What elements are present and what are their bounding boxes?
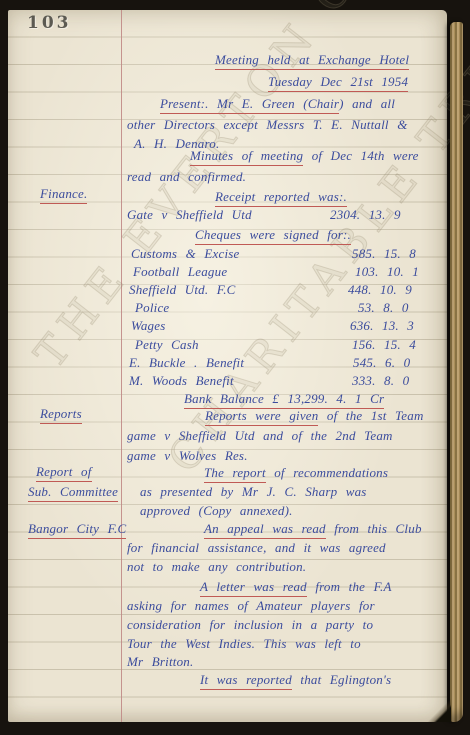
fa-letter-line-2-text: asking for names of Amateur players for	[127, 598, 375, 613]
cheque-row-police: Police53. 8. 0	[135, 300, 169, 316]
minutes-line-1-text: of Dec 14th were	[303, 148, 418, 163]
attendance-line-1-text: ) and all	[339, 96, 395, 111]
heading-date-text: Tuesday Dec 21st 1954	[268, 74, 408, 92]
margin-note-sub-cttee-text: Sub. Committee	[28, 484, 118, 502]
fa-letter-line-2: asking for names of Amateur players for	[127, 598, 375, 614]
cheque-row-league: Football League103. 10. 1	[133, 264, 227, 280]
bangor-line-3-text: not to make any contribution.	[127, 559, 306, 574]
cheque-row-wages-amount: 636. 13. 3	[350, 318, 414, 334]
receipt-row: Gate v Sheffield Utd2304. 13. 9	[127, 207, 252, 223]
margin-note-report-of: Report of	[36, 464, 92, 480]
book-page-edges	[450, 22, 463, 722]
attendance-line-1: Present:. Mr E. Green (Chair) and all	[160, 96, 395, 112]
cheque-row-sheffield-amount: 448. 10. 9	[348, 282, 412, 298]
cheque-row-customs-amount: 585. 15. 8	[352, 246, 416, 262]
margin-note-report-of-text: Report of	[36, 464, 92, 482]
fa-letter-line-5-text: Mr Britton.	[127, 654, 193, 669]
cheque-row-pettycash-text: Petty Cash	[135, 337, 199, 352]
attendance-line-1-text: Present:. Mr E. Green (Chair	[160, 96, 339, 114]
bangor-line-2-text: for financial assistance, and it was agr…	[127, 540, 386, 555]
bangor-line-1: An appeal was read from this Club	[204, 521, 422, 537]
minutes-line-2: read and confirmed.	[127, 169, 246, 185]
margin-note-finance-text: Finance.	[40, 186, 87, 204]
fa-letter-line-1-text: from the F.A	[307, 579, 392, 594]
fa-letter-line-1-text: A letter was read	[200, 579, 307, 597]
photo-background: THE EVERTON COLLECTION CHARITABLE TRUST …	[0, 0, 470, 735]
bangor-line-2: for financial assistance, and it was agr…	[127, 540, 386, 556]
margin-note-bangor: Bangor City F.C	[28, 521, 126, 537]
bangor-line-3: not to make any contribution.	[127, 559, 306, 575]
reports-line-1-text: Reports were given	[205, 408, 318, 426]
cheque-row-buckle-amount: 545. 6. 0	[353, 355, 410, 371]
receipt-heading: Receipt reported was:.	[215, 189, 347, 205]
cheque-row-pettycash: Petty Cash156. 15. 4	[135, 337, 199, 353]
reports-line-2: game v Sheffield Utd and of the 2nd Team	[127, 428, 393, 444]
margin-note-bangor-text: Bangor City F.C	[28, 521, 126, 539]
cheque-row-buckle: E. Buckle . Benefit545. 6. 0	[129, 355, 244, 371]
reports-line-3: game v Wolves Res.	[127, 448, 248, 464]
margin-note-finance: Finance.	[40, 186, 87, 202]
fa-letter-line-5: Mr Britton.	[127, 654, 193, 670]
reports-line-1-text: of the 1st Team	[318, 408, 423, 423]
bangor-line-1-text: from this Club	[326, 521, 422, 536]
page-corner-curl	[425, 696, 451, 722]
cheque-row-woods: M. Woods Benefit333. 8. 0	[129, 373, 234, 389]
receipt-heading-text: Receipt reported was:.	[215, 189, 347, 207]
subcommittee-line-3: approved (Copy annexed).	[140, 503, 293, 519]
cheque-row-sheffield-text: Sheffield Utd. F.C	[129, 282, 236, 297]
fa-letter-line-1: A letter was read from the F.A	[200, 579, 392, 595]
fa-letter-line-3: consideration for inclusion in a party t…	[127, 617, 373, 633]
cheque-row-buckle-text: E. Buckle . Benefit	[129, 355, 244, 370]
fa-letter-line-3-text: consideration for inclusion in a party t…	[127, 617, 373, 632]
margin-note-reports: Reports	[40, 406, 82, 422]
reports-line-3-text: game v Wolves Res.	[127, 448, 248, 463]
heading-venue: Meeting held at Exchange Hotel	[215, 52, 409, 68]
subcommittee-line-2-text: as presented by Mr J. C. Sharp was	[140, 484, 367, 499]
subcommittee-line-3-text: approved (Copy annexed).	[140, 503, 293, 518]
bangor-line-1-text: An appeal was read	[204, 521, 326, 539]
subcommittee-line-1-text: The report	[204, 465, 266, 483]
subcommittee-line-2: as presented by Mr J. C. Sharp was	[140, 484, 367, 500]
eglington-line-1: It was reported that Eglington's	[200, 672, 391, 688]
bank-balance: Bank Balance £ 13,299. 4. 1 Cr	[184, 391, 384, 407]
eglington-line-1-text: It was reported	[200, 672, 292, 690]
reports-line-2-text: game v Sheffield Utd and of the 2nd Team	[127, 428, 393, 443]
cheque-row-customs: Customs & Excise585. 15. 8	[131, 246, 240, 262]
cheque-row-woods-amount: 333. 8. 0	[352, 373, 409, 389]
heading-date: Tuesday Dec 21st 1954	[268, 74, 408, 90]
cheque-row-police-text: Police	[135, 300, 169, 315]
cheques-heading-text: Cheques were signed for:.	[195, 227, 351, 245]
cheques-heading: Cheques were signed for:.	[195, 227, 351, 243]
attendance-line-2: other Directors except Messrs T. E. Nutt…	[127, 117, 408, 133]
subcommittee-line-1: The report of recommendations	[204, 465, 388, 481]
reports-line-1: Reports were given of the 1st Team	[205, 408, 424, 424]
cheque-row-league-text: Football League	[133, 264, 227, 279]
eglington-line-1-text: that Eglington's	[292, 672, 391, 687]
receipt-row-amount: 2304. 13. 9	[330, 207, 401, 223]
fa-letter-line-4: Tour the West Indies. This was left to	[127, 636, 361, 652]
handwriting-layer: Meeting held at Exchange HotelTuesday De…	[0, 0, 470, 735]
minutes-line-1: Minutes of meeting of Dec 14th were	[190, 148, 419, 164]
bank-balance-text: Bank Balance £ 13,299. 4. 1 Cr	[184, 391, 384, 409]
margin-note-reports-text: Reports	[40, 406, 82, 424]
cheque-row-pettycash-amount: 156. 15. 4	[352, 337, 416, 353]
minutes-line-2-text: read and confirmed.	[127, 169, 246, 184]
subcommittee-line-1-text: of recommendations	[266, 465, 388, 480]
receipt-row-text: Gate v Sheffield Utd	[127, 207, 252, 222]
fa-letter-line-4-text: Tour the West Indies. This was left to	[127, 636, 361, 651]
cheque-row-woods-text: M. Woods Benefit	[129, 373, 234, 388]
cheque-row-police-amount: 53. 8. 0	[358, 300, 409, 316]
cheque-row-customs-text: Customs & Excise	[131, 246, 240, 261]
attendance-line-2-text: other Directors except Messrs T. E. Nutt…	[127, 117, 408, 132]
margin-note-sub-cttee: Sub. Committee	[28, 484, 118, 500]
cheque-row-wages-text: Wages	[131, 318, 165, 333]
cheque-row-sheffield: Sheffield Utd. F.C448. 10. 9	[129, 282, 236, 298]
cheque-row-league-amount: 103. 10. 1	[355, 264, 419, 280]
cheque-row-wages: Wages636. 13. 3	[131, 318, 165, 334]
minutes-line-1-text: Minutes of meeting	[190, 148, 303, 166]
heading-venue-text: Meeting held at Exchange Hotel	[215, 52, 409, 70]
